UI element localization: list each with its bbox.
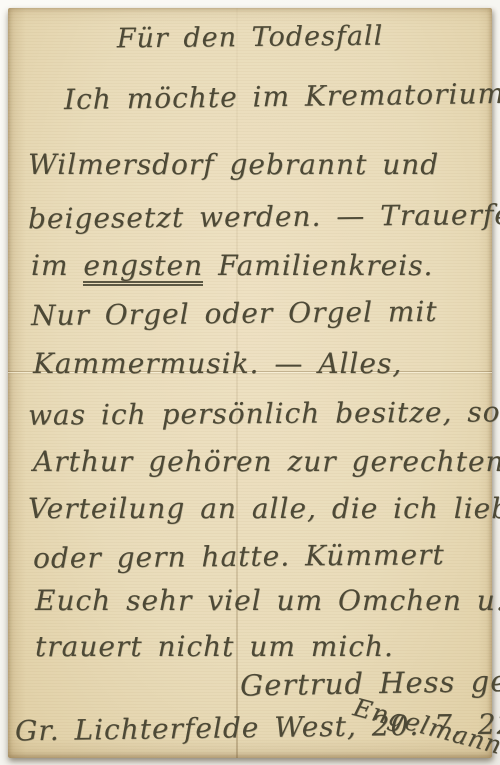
- letter-line: Kammermusik. — Alles,: [33, 347, 402, 380]
- letter-line: Euch sehr viel um Omchen u.: [35, 584, 500, 617]
- photo-background: Für den Todesfall Ich möchte im Kremator…: [0, 0, 500, 765]
- letter-line-fragment: Familienkreis.: [203, 249, 433, 282]
- letter-line: trauert nicht um mich.: [35, 630, 394, 663]
- letter-line: Verteilung an alle, die ich lieb: [28, 492, 500, 525]
- letter-paper: Für den Todesfall Ich möchte im Kremator…: [8, 8, 492, 758]
- letter-line: beigesetzt werden. — Trauerfeier: [28, 198, 500, 236]
- letter-line: Arthur gehören zur gerechten: [33, 445, 500, 478]
- letter-line: Ich möchte im Krematorium: [64, 77, 500, 116]
- letter-line: oder gern hatte. Kümmert: [33, 538, 445, 575]
- letter-line: im engsten Familienkreis.: [31, 249, 433, 286]
- underlined-word: engsten: [83, 252, 203, 286]
- letter-line-fragment: im: [31, 249, 83, 282]
- place-date-line: Gr. Lichterfelde West, 20. 7. 22: [15, 708, 500, 748]
- letter-line: Nur Orgel oder Orgel mit: [31, 295, 438, 332]
- letter-line: was ich persönlich besitze, soll: [28, 395, 500, 431]
- letter-line: Wilmersdorf gebrannt und: [28, 148, 439, 181]
- letter-title: Für den Todesfall: [8, 19, 492, 55]
